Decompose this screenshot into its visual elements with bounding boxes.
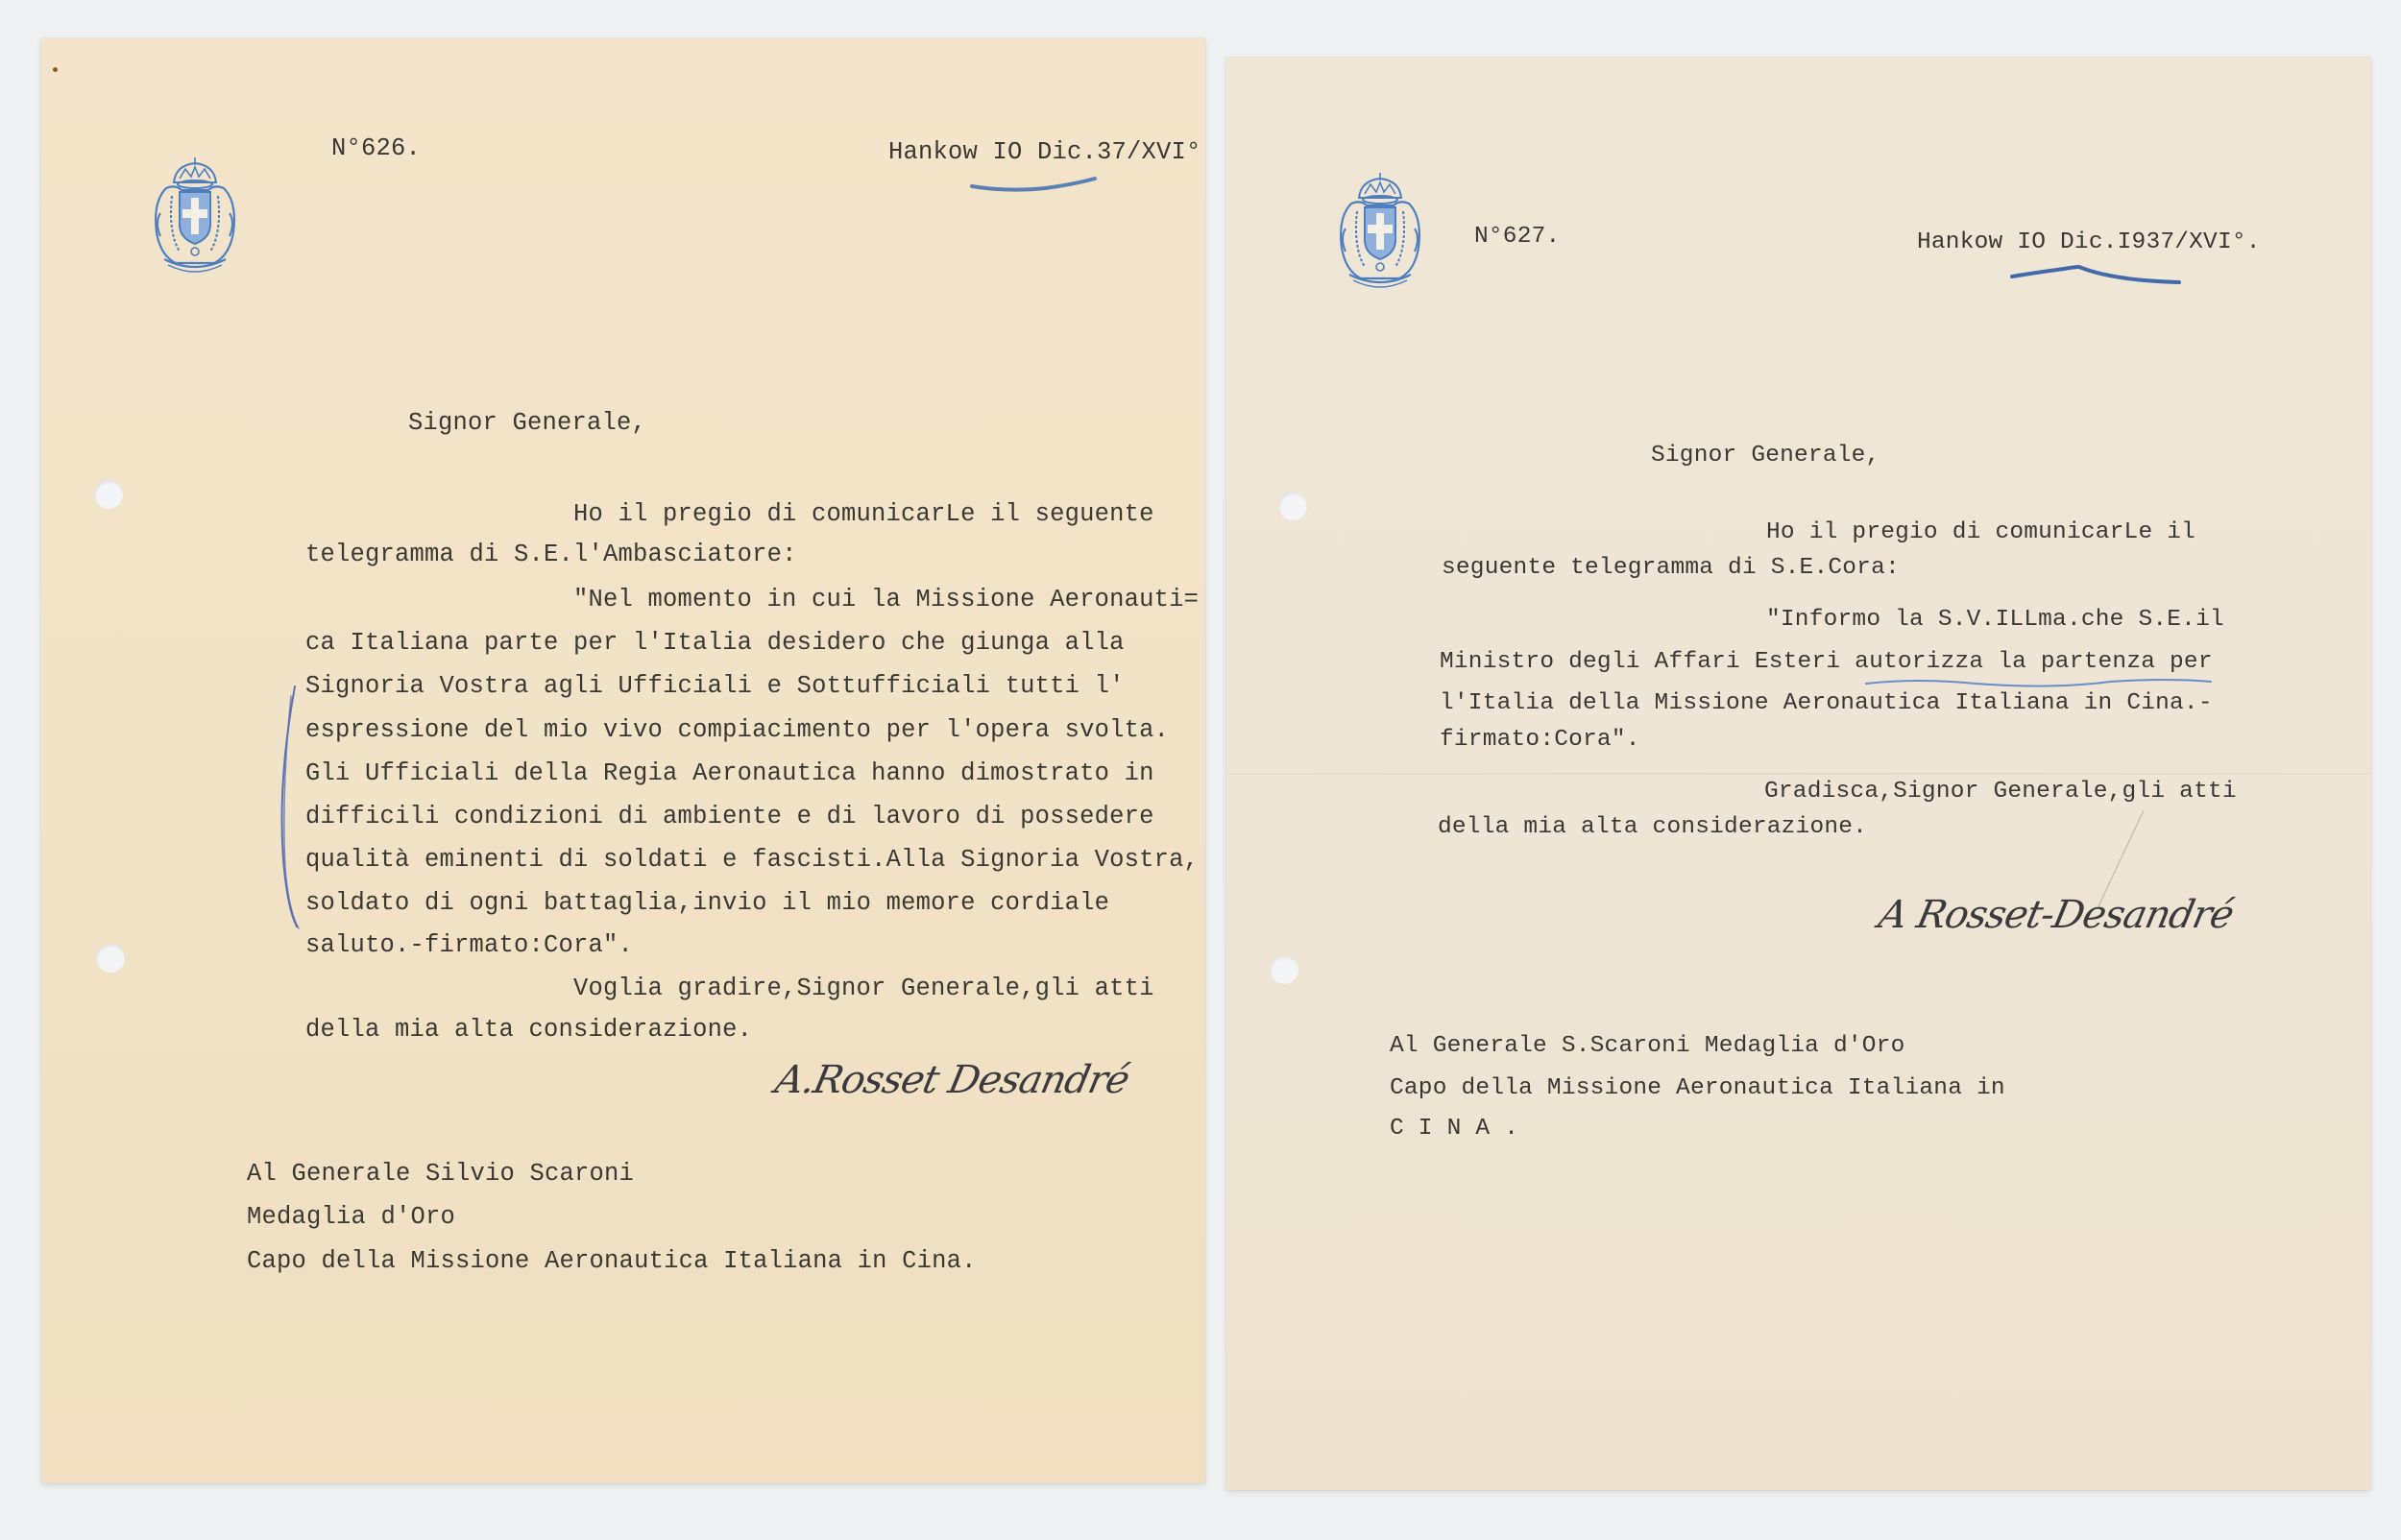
letter-627: N°627. Hankow IO Dic.I937/XVI°. Signor G… bbox=[1226, 58, 2370, 1490]
punch-hole bbox=[94, 480, 123, 509]
punch-hole bbox=[96, 944, 125, 973]
body-line: seguente telegramma di S.E.Cora: bbox=[1442, 554, 1900, 583]
body-line: telegramma di S.E.l'Ambasciatore: bbox=[305, 541, 797, 569]
signature: A Rosset-Desandré bbox=[1875, 893, 2237, 937]
body-line: "Nel momento in cui la Missione Aeronaut… bbox=[573, 586, 1199, 614]
salutation: Signor Generale, bbox=[1651, 442, 1880, 470]
body-line: della mia alta considerazione. bbox=[305, 1016, 752, 1045]
punch-hole bbox=[1278, 492, 1307, 520]
pen-margin-bracket bbox=[272, 667, 310, 946]
body-line: Gradisca,Signor Generale,gli atti bbox=[1764, 778, 2237, 806]
body-line: saluto.-firmato:Cora". bbox=[305, 931, 633, 960]
addressee-line: Capo della Missione Aeronautica Italiana… bbox=[247, 1247, 977, 1276]
body-line: Gli Ufficiali della Regia Aeronautica ha… bbox=[305, 759, 1154, 788]
coat-of-arms-icon bbox=[147, 156, 243, 280]
addressee-line: Al Generale S.Scaroni Medaglia d'Oro bbox=[1390, 1032, 1905, 1061]
body-line: Signoria Vostra agli Ufficiali e Sottuff… bbox=[305, 672, 1125, 701]
signature: A.Rosset Desandré bbox=[771, 1058, 1132, 1102]
body-line: firmato:Cora". bbox=[1440, 726, 1640, 755]
addressee-line: Medaglia d'Oro bbox=[247, 1203, 455, 1232]
punch-hole bbox=[1270, 955, 1298, 984]
body-line: espressione del mio vivo compiacimento p… bbox=[305, 716, 1169, 745]
body-line: Ho il pregio di comunicarLe il bbox=[1766, 518, 2195, 547]
addressee-line: C I N A . bbox=[1390, 1115, 1518, 1143]
body-line: difficili condizioni di ambiente e di la… bbox=[305, 803, 1154, 831]
body-line: "Informo la S.V.ILLma.che S.E.il bbox=[1766, 606, 2224, 635]
pen-underline-mark bbox=[2006, 261, 2189, 292]
letter-number: N°627. bbox=[1474, 223, 1560, 252]
pen-underline-mark bbox=[968, 173, 1103, 196]
body-line: ca Italiana parte per l'Italia desidero … bbox=[305, 629, 1125, 658]
addressee-line: Capo della Missione Aeronautica Italiana… bbox=[1390, 1074, 2005, 1103]
letter-626: N°626. Hankow IO Dic.37/XVI° Signor Gene… bbox=[41, 38, 1205, 1483]
salutation: Signor Generale, bbox=[408, 409, 646, 438]
paper-fold bbox=[1226, 773, 2370, 775]
pen-underline-mark bbox=[1860, 672, 2216, 695]
coat-of-arms-icon bbox=[1332, 171, 1428, 296]
letter-number: N°626. bbox=[331, 134, 421, 163]
body-line: Voglia gradire,Signor Generale,gli atti bbox=[573, 975, 1154, 1003]
foxing-spot bbox=[53, 67, 58, 72]
body-line: Ho il pregio di comunicarLe il seguente bbox=[573, 500, 1154, 529]
body-line: soldato di ogni battaglia,invio il mio m… bbox=[305, 889, 1109, 918]
place-date: Hankow IO Dic.I937/XVI°. bbox=[1917, 229, 2261, 257]
body-line: della mia alta considerazione. bbox=[1438, 813, 1867, 842]
addressee-line: Al Generale Silvio Scaroni bbox=[247, 1160, 634, 1189]
body-line: qualità eminenti di soldati e fascisti.A… bbox=[305, 846, 1199, 875]
place-date: Hankow IO Dic.37/XVI° bbox=[888, 138, 1201, 167]
